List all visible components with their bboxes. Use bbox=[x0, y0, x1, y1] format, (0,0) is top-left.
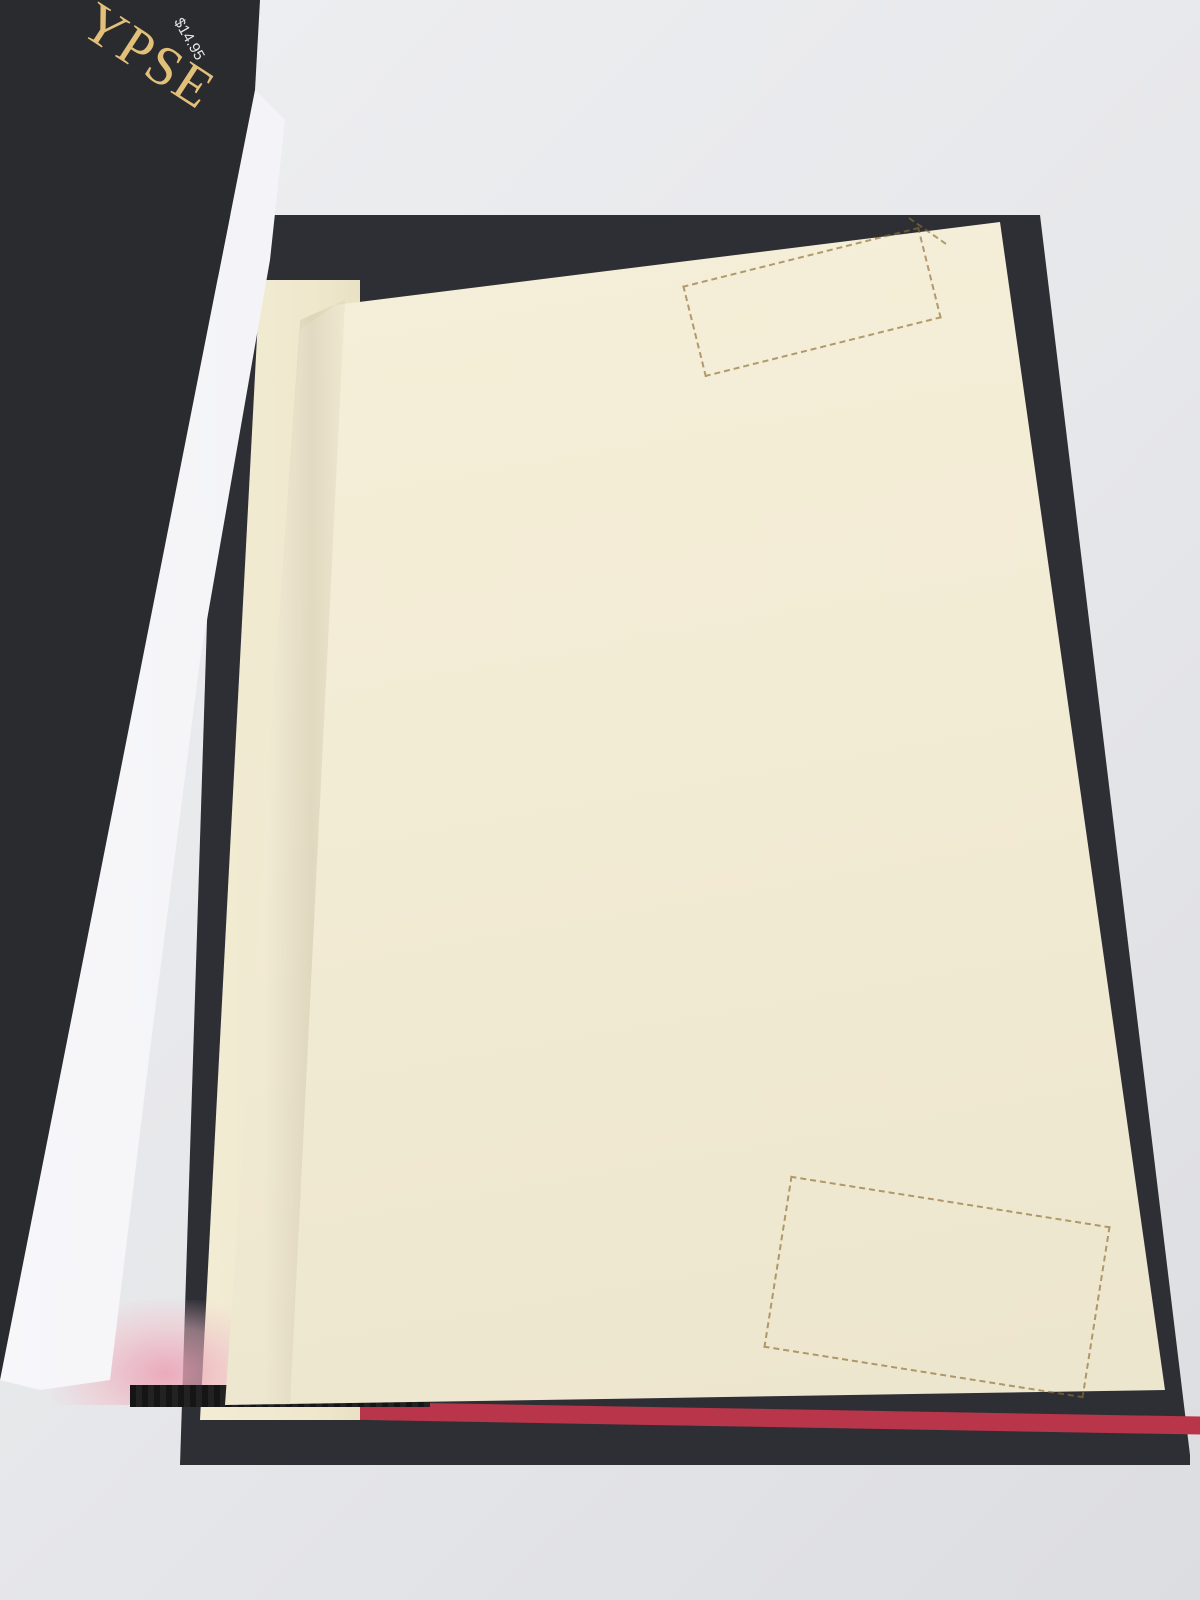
book-photo: YPSE $14.95 et us be hopeful." . Clarke … bbox=[0, 0, 1200, 1600]
jacket-title-fragment: YPSE bbox=[70, 0, 226, 123]
